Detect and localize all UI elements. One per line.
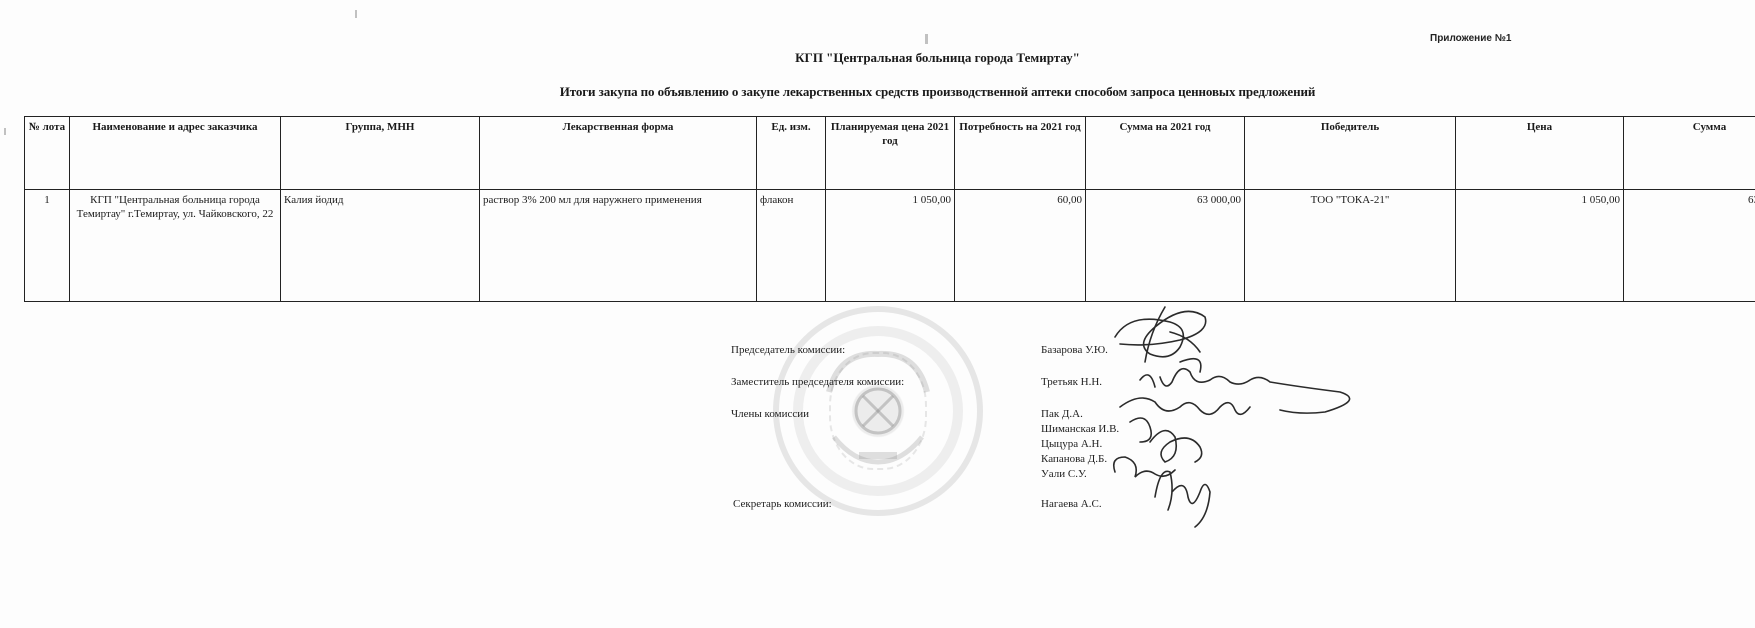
- header-form: Лекарственная форма: [480, 117, 757, 190]
- cell-total: 63 000,00: [1624, 190, 1755, 302]
- member-name: Капанова Д.Б.: [1041, 453, 1107, 465]
- header-total: Сумма: [1624, 117, 1755, 190]
- deputy-label: Заместитель председателя комиссии:: [731, 376, 904, 388]
- organization-title: КГП "Центральная больница города Темирта…: [0, 50, 1755, 66]
- cell-planned-price: 1 050,00: [826, 190, 955, 302]
- document-title: Итоги закупа по объявлению о закупе лека…: [0, 84, 1755, 100]
- header-need: Потребность на 2021 год: [955, 117, 1086, 190]
- cell-lot: 1: [25, 190, 70, 302]
- handwritten-signatures: [1110, 292, 1410, 532]
- header-winner: Победитель: [1245, 117, 1456, 190]
- header-unit: Ед. изм.: [757, 117, 826, 190]
- signature-member: [1120, 398, 1250, 414]
- member-name: Пак Д.А.: [1041, 408, 1083, 420]
- table-header-row: № лота Наименование и адрес заказчика Гр…: [25, 117, 1755, 190]
- cell-form: раствор 3% 200 мл для наружнего применен…: [480, 190, 757, 302]
- cell-unit: флакон: [757, 190, 826, 302]
- cell-group: Калия йодид: [281, 190, 480, 302]
- signature-member: [1114, 457, 1175, 477]
- signature-secretary: [1155, 471, 1210, 527]
- scan-speck: [4, 128, 6, 135]
- deputy-name: Третьяк Н.Н.: [1041, 376, 1102, 388]
- members-label: Члены комиссии: [731, 408, 809, 420]
- cell-winner: ТОО "ТОКА-21": [1245, 190, 1456, 302]
- member-name: Уали С.У.: [1041, 468, 1087, 480]
- secretary-name: Нагаева А.С.: [1041, 498, 1102, 510]
- signature-deputy: [1140, 369, 1350, 413]
- scan-speck: [355, 10, 357, 18]
- header-price: Цена: [1456, 117, 1624, 190]
- cell-sum-2021: 63 000,00: [1086, 190, 1245, 302]
- member-name: Цыцура А.Н.: [1041, 438, 1102, 450]
- cell-customer: КГП "Центральная больница города Темирта…: [70, 190, 281, 302]
- header-customer: Наименование и адрес заказчика: [70, 117, 281, 190]
- cell-price: 1 050,00: [1456, 190, 1624, 302]
- procurement-results-table: № лота Наименование и адрес заказчика Гр…: [24, 116, 1755, 302]
- header-group: Группа, МНН: [281, 117, 480, 190]
- table-row: 1 КГП "Центральная больница города Темир…: [25, 190, 1755, 302]
- chairman-label: Председатель комиссии:: [731, 344, 845, 356]
- scan-speck: [925, 34, 928, 44]
- header-planned-price: Планируемая цена 2021 год: [826, 117, 955, 190]
- signature-member: [1150, 431, 1202, 462]
- header-lot: № лота: [25, 117, 70, 190]
- member-name: Шиманская И.В.: [1041, 423, 1119, 435]
- chairman-name: Базарова У.Ю.: [1041, 344, 1108, 356]
- header-sum-2021: Сумма на 2021 год: [1086, 117, 1245, 190]
- appendix-label: Приложение №1: [1430, 33, 1511, 44]
- secretary-label: Секретарь комиссии:: [733, 498, 832, 510]
- cell-need: 60,00: [955, 190, 1086, 302]
- signature-chairman: [1115, 311, 1206, 356]
